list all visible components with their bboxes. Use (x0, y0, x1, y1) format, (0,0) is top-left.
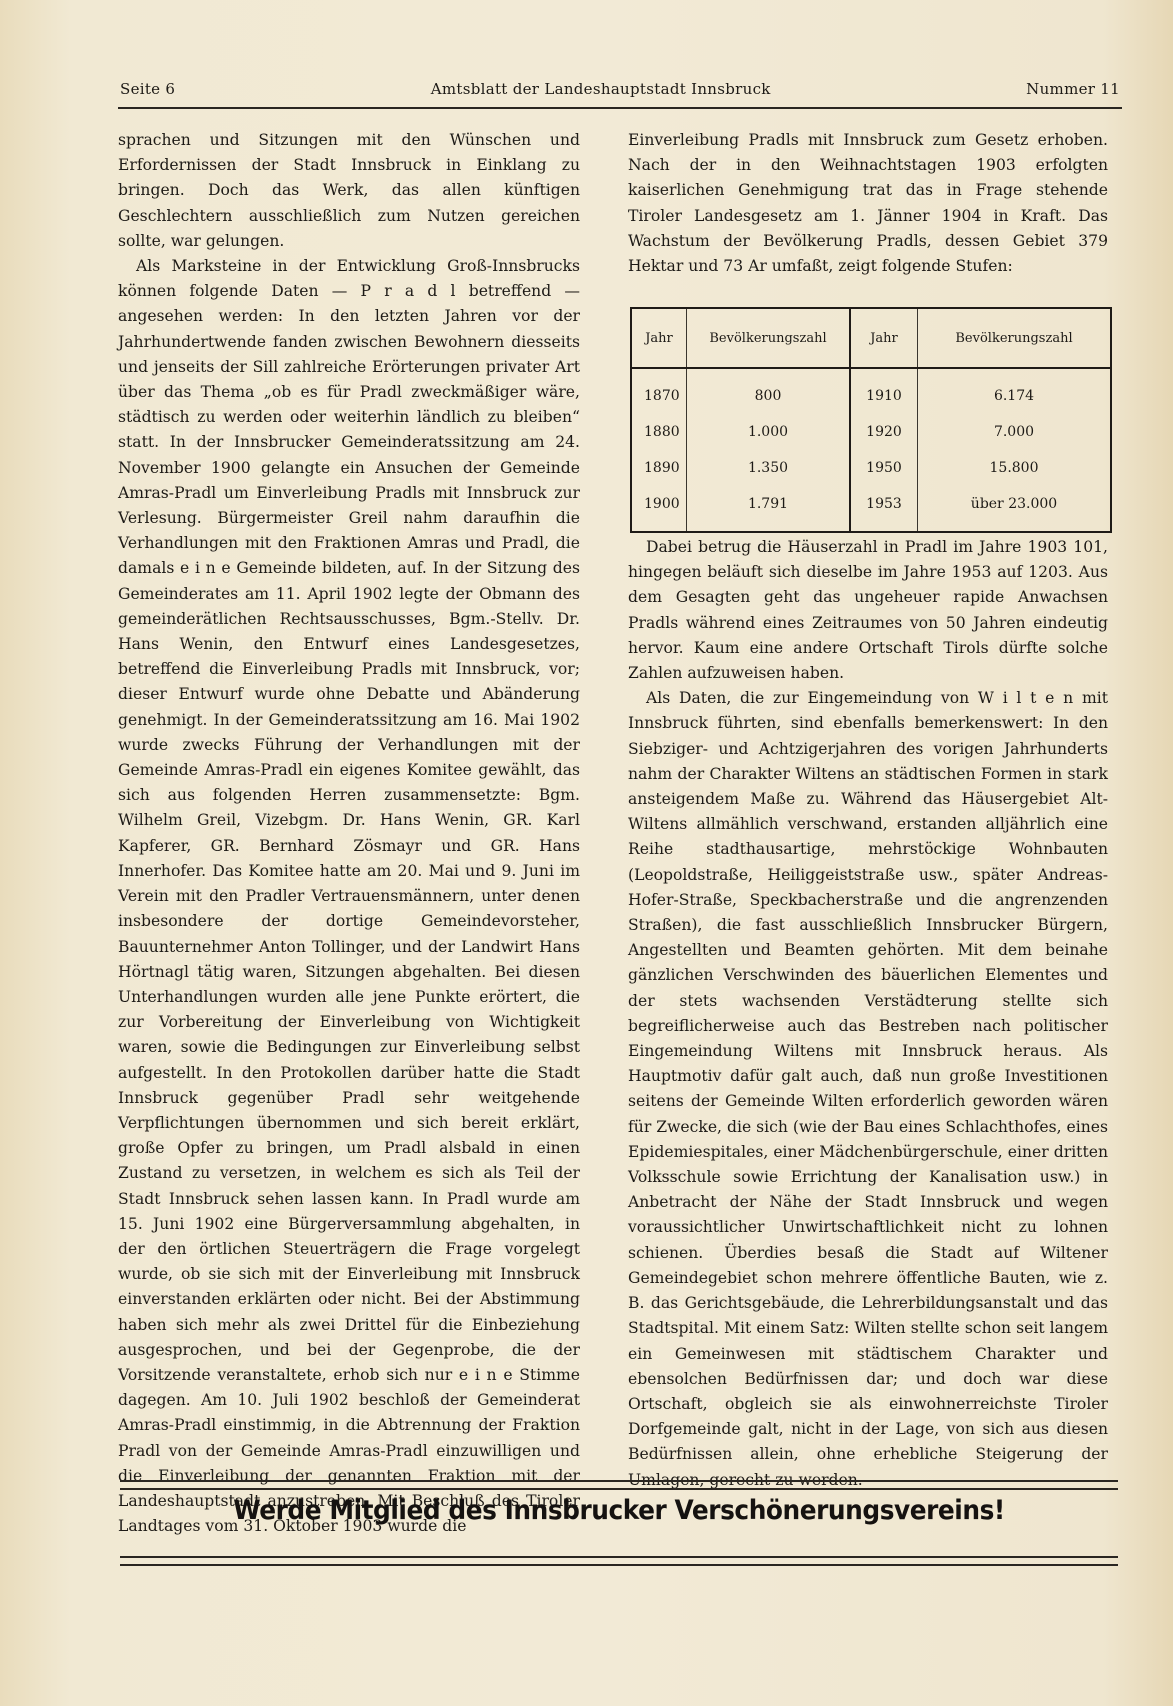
table-header-row: Jahr Bevölkerungszahl Jahr Bevölkerungsz… (631, 308, 1111, 368)
table-cell: 1950 (850, 450, 918, 486)
table-cell: 1910 (850, 368, 918, 414)
table-cell: 800 (687, 368, 851, 414)
right-column-bottom: Dabei betrug die Häuserzahl in Pradl im … (628, 535, 1108, 1493)
column-header: Bevölkerungszahl (918, 308, 1112, 368)
column-header: Jahr (850, 308, 918, 368)
table-cell: über 23.000 (918, 486, 1112, 532)
population-table: Jahr Bevölkerungszahl Jahr Bevölkerungsz… (630, 307, 1112, 533)
paragraph: Als Marksteine in der Entwicklung Groß-I… (118, 254, 580, 1539)
table-cell: 15.800 (918, 450, 1112, 486)
page-number: Seite 6 (120, 80, 175, 98)
table-cell: 6.174 (918, 368, 1112, 414)
table-cell: 7.000 (918, 414, 1112, 450)
table-row: 1890 1.350 1950 15.800 (631, 450, 1111, 486)
table-cell: 1890 (631, 450, 687, 486)
table-row: 1880 1.000 1920 7.000 (631, 414, 1111, 450)
header-rule (118, 107, 1122, 109)
table-row: 1900 1.791 1953 über 23.000 (631, 486, 1111, 532)
double-rule-divider (120, 1480, 1118, 1490)
membership-slogan: Werde Mitglied des Innsbrucker Verschöne… (160, 1495, 1078, 1526)
left-column: sprachen und Sitzungen mit den Wünschen … (118, 128, 580, 1539)
newspaper-page: Seite 6 Amtsblatt der Landeshauptstadt I… (0, 0, 1173, 1706)
paragraph: sprachen und Sitzungen mit den Wünschen … (118, 128, 580, 254)
double-rule-divider (120, 1556, 1118, 1566)
table-cell: 1870 (631, 368, 687, 414)
column-header: Bevölkerungszahl (687, 308, 851, 368)
paragraph: Als Daten, die zur Eingemeindung von W i… (628, 686, 1108, 1493)
table-cell: 1880 (631, 414, 687, 450)
column-header: Jahr (631, 308, 687, 368)
table-row: 1870 800 1910 6.174 (631, 368, 1111, 414)
right-column-top: Einverleibung Pradls mit Innsbruck zum G… (628, 128, 1108, 279)
table-cell: 1900 (631, 486, 687, 532)
issue-number: Nummer 11 (1026, 80, 1120, 98)
table-cell: 1920 (850, 414, 918, 450)
table-cell: 1953 (850, 486, 918, 532)
paragraph: Dabei betrug die Häuserzahl in Pradl im … (628, 535, 1108, 686)
table-cell: 1.791 (687, 486, 851, 532)
table-cell: 1.350 (687, 450, 851, 486)
table-cell: 1.000 (687, 414, 851, 450)
paragraph: Einverleibung Pradls mit Innsbruck zum G… (628, 128, 1108, 279)
publication-title: Amtsblatt der Landeshauptstadt Innsbruck (431, 80, 771, 98)
page-header: Seite 6 Amtsblatt der Landeshauptstadt I… (120, 78, 1120, 100)
